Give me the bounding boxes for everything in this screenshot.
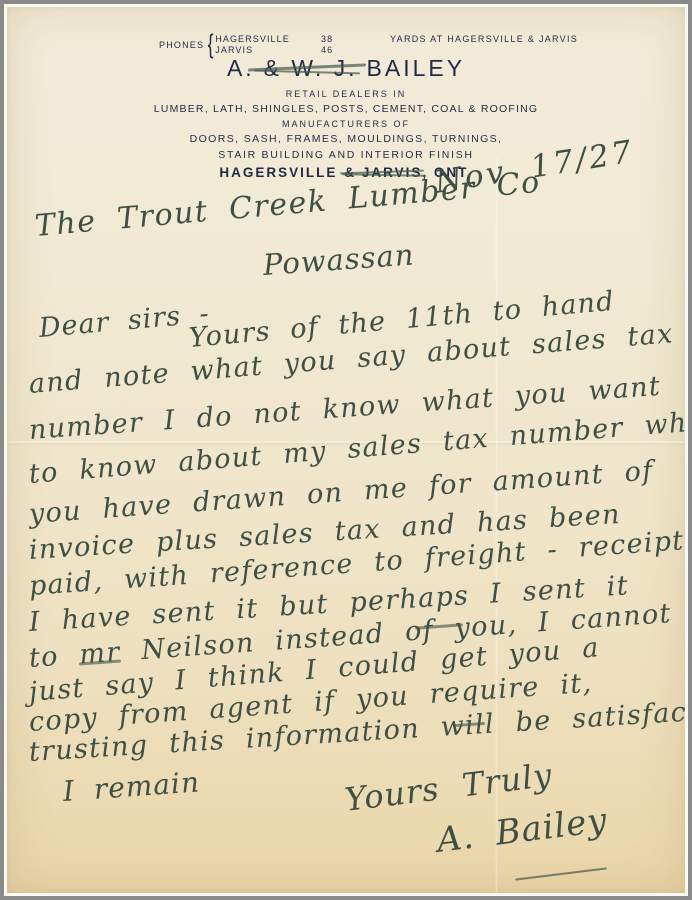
phone-rows: HAGERSVILLE 38 JARVIS 46	[215, 34, 333, 55]
company-name-suffix: BAILEY	[367, 55, 466, 81]
products-line: LUMBER, LATH, SHINGLES, POSTS, CEMENT, C…	[7, 103, 685, 115]
scanned-letter-frame: PHONES { HAGERSVILLE 38 JARVIS 46 YARDS …	[0, 0, 692, 900]
letter-paper: PHONES { HAGERSVILLE 38 JARVIS 46 YARDS …	[7, 7, 685, 893]
location-prefix: HAGERSVILLE	[219, 165, 337, 180]
company-name-struck: & W. J.	[264, 55, 358, 82]
signature: A. Bailey	[435, 800, 610, 861]
closing-line: I remain	[62, 765, 201, 807]
phone-number: 38	[321, 34, 333, 44]
salutation: Dear sirs -	[38, 298, 211, 344]
retail-dealers-line: RETAIL DEALERS IN	[7, 89, 685, 99]
addressee-place: Powassan	[262, 237, 416, 281]
phone-exchange: HAGERSVILLE	[215, 34, 290, 44]
phone-number: 46	[321, 45, 333, 55]
phone-row-jarvis: JARVIS 46	[215, 45, 333, 55]
phone-row-hagersville: HAGERSVILLE 38	[215, 34, 333, 44]
company-name: A.& W. J.BAILEY	[7, 55, 685, 82]
phones-label: PHONES	[159, 40, 204, 50]
signature-underline	[515, 867, 607, 880]
phone-exchange: JARVIS	[215, 45, 253, 55]
manufacturers-line: MANUFACTURERS OF	[7, 119, 685, 129]
yards-note: YARDS AT HAGERSVILLE & JARVIS	[390, 34, 578, 44]
